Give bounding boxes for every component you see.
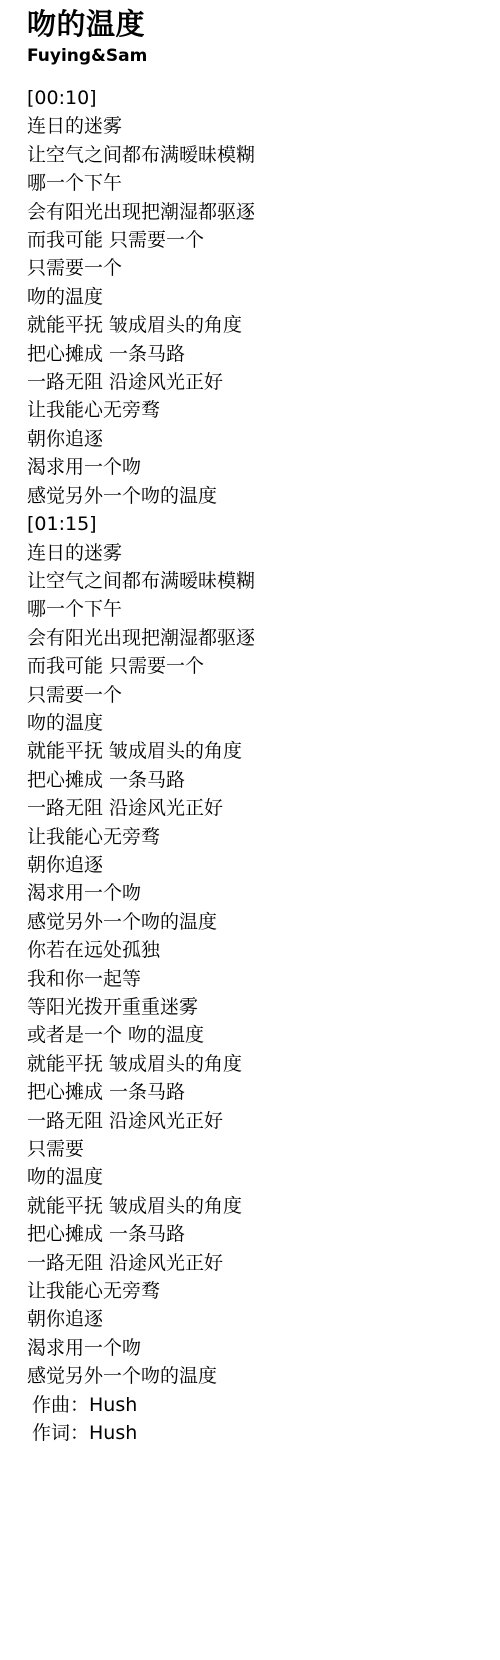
lyric-line: 哪一个下午 — [27, 169, 490, 197]
lyric-line: 一路无阻 沿途风光正好 — [27, 1249, 490, 1277]
lyric-line: 渴求用一个吻 — [27, 1334, 490, 1362]
lyric-line: 让我能心无旁骛 — [27, 1277, 490, 1305]
lyric-line: 就能平抚 皱成眉头的角度 — [27, 1192, 490, 1220]
lyric-line: 把心摊成 一条马路 — [27, 340, 490, 368]
credit-line: 作曲：Hush — [27, 1391, 490, 1419]
lyric-line: 感觉另外一个吻的温度 — [27, 908, 490, 936]
lyric-line: 只需要一个 — [27, 254, 490, 282]
lyric-line: 渴求用一个吻 — [27, 453, 490, 481]
lyric-line: 或者是一个 吻的温度 — [27, 1021, 490, 1049]
lyric-line: 会有阳光出现把潮湿都驱逐 — [27, 624, 490, 652]
lyric-line: 我和你一起等 — [27, 965, 490, 993]
lyric-line: 就能平抚 皱成眉头的角度 — [27, 311, 490, 339]
lyric-line: 而我可能 只需要一个 — [27, 652, 490, 680]
timestamp-line: [00:10] — [27, 84, 490, 112]
lyric-line: 只需要 — [27, 1135, 490, 1163]
lyric-line: 让我能心无旁骛 — [27, 823, 490, 851]
lyric-line: 等阳光拨开重重迷雾 — [27, 993, 490, 1021]
lyric-line: 感觉另外一个吻的温度 — [27, 482, 490, 510]
content-area: 吻的温度 Fuying&Sam [00:10]连日的迷雾让空气之间都布满暧昧模糊… — [0, 0, 500, 1448]
lyric-line: 感觉另外一个吻的温度 — [27, 1362, 490, 1390]
lyric-line: 会有阳光出现把潮湿都驱逐 — [27, 198, 490, 226]
lyric-line: 一路无阻 沿途风光正好 — [27, 794, 490, 822]
lyric-line: 哪一个下午 — [27, 595, 490, 623]
lyric-line: 让空气之间都布满暧昧模糊 — [27, 141, 490, 169]
credit-line: 作词：Hush — [27, 1419, 490, 1447]
lyrics-body: [00:10]连日的迷雾让空气之间都布满暧昧模糊哪一个下午会有阳光出现把潮湿都驱… — [27, 84, 490, 1448]
lyric-line: 就能平抚 皱成眉头的角度 — [27, 1050, 490, 1078]
lyric-line: 你若在远处孤独 — [27, 936, 490, 964]
lyric-line: 而我可能 只需要一个 — [27, 226, 490, 254]
lyric-line: 连日的迷雾 — [27, 112, 490, 140]
lyric-line: 连日的迷雾 — [27, 539, 490, 567]
lyric-line: 一路无阻 沿途风光正好 — [27, 1107, 490, 1135]
lyric-line: 吻的温度 — [27, 1163, 490, 1191]
lyric-line: 朝你追逐 — [27, 1305, 490, 1333]
lyric-line: 渴求用一个吻 — [27, 879, 490, 907]
lyric-line: 就能平抚 皱成眉头的角度 — [27, 737, 490, 765]
lyric-line: 吻的温度 — [27, 709, 490, 737]
lyric-line: 把心摊成 一条马路 — [27, 1220, 490, 1248]
lyric-line: 一路无阻 沿途风光正好 — [27, 368, 490, 396]
song-title: 吻的温度 — [27, 6, 490, 42]
lyric-line: 只需要一个 — [27, 681, 490, 709]
lyric-line: 让空气之间都布满暧昧模糊 — [27, 567, 490, 595]
lyric-line: 朝你追逐 — [27, 425, 490, 453]
lyric-line: 把心摊成 一条马路 — [27, 766, 490, 794]
lyric-line: 吻的温度 — [27, 283, 490, 311]
lyrics-page: 吻的温度 Fuying&Sam [00:10]连日的迷雾让空气之间都布满暧昧模糊… — [0, 0, 500, 1660]
timestamp-line: [01:15] — [27, 510, 490, 538]
lyric-line: 让我能心无旁骛 — [27, 396, 490, 424]
lyric-line: 把心摊成 一条马路 — [27, 1078, 490, 1106]
artist-name: Fuying&Sam — [27, 44, 490, 68]
lyric-line: 朝你追逐 — [27, 851, 490, 879]
